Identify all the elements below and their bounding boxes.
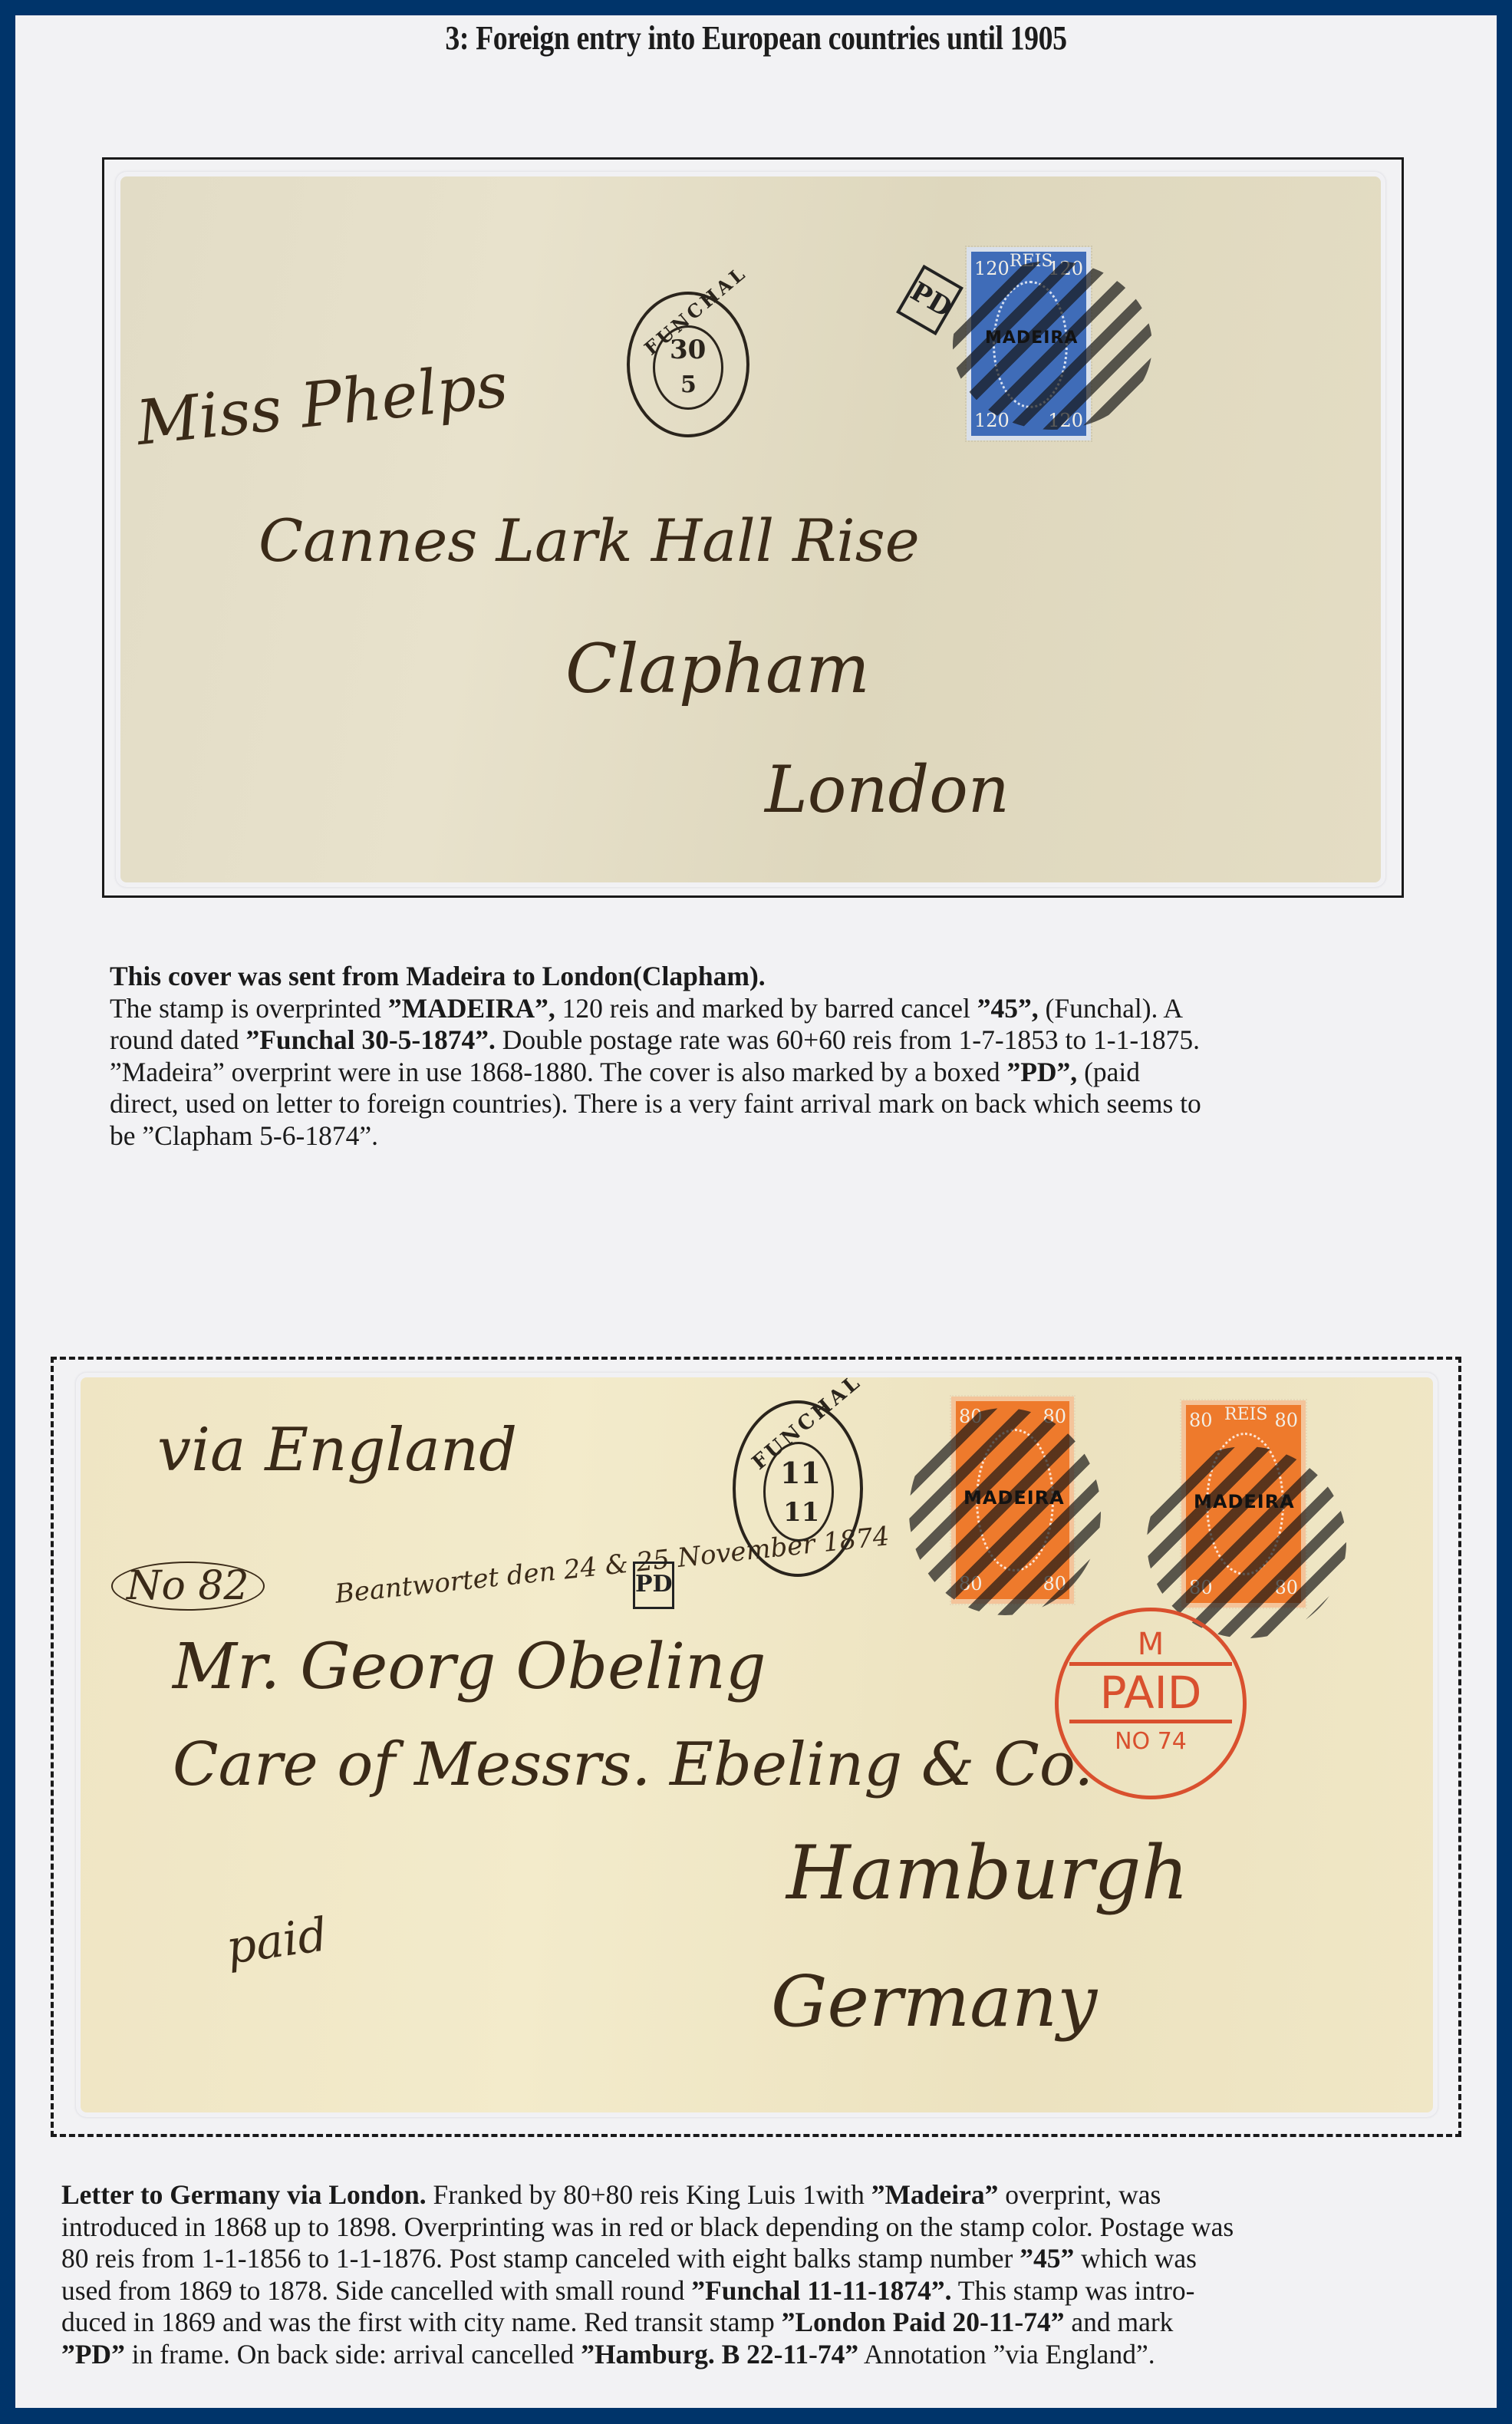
cover1-caption-line: round dated ”Funchal 30-5-1874”. Double … [110,1024,1429,1057]
cover1-caption-body: The stamp is overprinted ”MADEIRA”, 120 … [110,993,1429,1153]
cover2-caption-body: Letter to Germany via London. Franked by… [61,2179,1473,2370]
album-page: 3: Foreign entry into European countries… [15,15,1497,2408]
postmark-month: 11 [783,1497,819,1528]
cover2-caption-line: ”PD” in frame. On back side: arrival can… [61,2339,1473,2371]
cover2-caption-line: 80 reis from 1-1-1856 to 1-1-1876. Post … [61,2243,1473,2275]
cover1-caption-line: direct, used on letter to foreign countr… [110,1088,1429,1120]
stamp-value-tr: 80 [1274,1410,1298,1431]
cover2-number-annotation: No 82 [111,1562,265,1611]
cover2-london-paid-transit-mark: M PAID NO 74 [1055,1608,1247,1799]
cover2-caption-line: Letter to Germany via London. Franked by… [61,2179,1473,2211]
stamp-currency-top: REIS [1224,1405,1267,1424]
cover1-address-line: Cannes Lark Hall Rise [259,506,920,575]
transit-mark-paid: PAID [1069,1662,1232,1723]
cover1-addressee: Miss Phelps [133,349,511,459]
cover1-caption-line: ”Madeira” overprint were in use 1868-188… [110,1057,1429,1089]
cover2-addressee: Mr. Georg Obeling [173,1631,766,1703]
cover2-paid-annotation: paid [223,1908,331,1975]
cover2-funchal-postmark: FUNCHAL 11 11 [733,1400,863,1577]
cover2-caption-line: duced in 1869 and was the first with cit… [61,2307,1473,2339]
cover2-address-country: Germany [771,1961,1097,2043]
cover1-address-town: Clapham [565,629,870,708]
cover2-envelope: via England No 82 Beantwortet den 24 & 2… [81,1377,1433,2112]
cover2-caption-line: introduced in 1868 up to 1898. Overprint… [61,2211,1473,2244]
cover1-barred-cancel-45 [953,261,1152,430]
cover1-address-city: London [765,752,1010,827]
cover2-pd-boxed-mark: PD [633,1562,674,1609]
postmark-day: 30 [670,335,706,365]
cover1-envelope: FUNCHAL 30 5 PD 120 REIS 120 MADEIRA 120… [120,176,1381,882]
postmark-month: 5 [680,371,697,398]
page-title: 3: Foreign entry into European countries… [119,18,1393,58]
cover1-caption-line: be ”Clapham 5-6-1874”. [110,1120,1429,1153]
transit-mark-top: M [1059,1627,1243,1662]
cover2-caption: Letter to Germany via London. Franked by… [61,2179,1473,2370]
stamp-value-tl: 80 [1189,1410,1213,1431]
cover1-caption-line: The stamp is overprinted ”MADEIRA”, 120 … [110,993,1429,1025]
cover1-caption-heading: This cover was sent from Madeira to Lond… [110,961,1429,993]
cover2-barred-cancel-45-left [909,1408,1101,1615]
cover2-address-city: Hamburgh [786,1830,1188,1916]
cover1-caption: This cover was sent from Madeira to Lond… [110,961,1429,1152]
cover1-pd-boxed-mark: PD [896,265,964,335]
cover2-address-care-of: Care of Messrs. Ebeling & Co. [173,1730,1093,1799]
cover2-route-annotation: via England [157,1416,517,1485]
cover1-funchal-postmark: FUNCHAL 30 5 [627,292,749,437]
postmark-day: 11 [780,1456,821,1490]
cover2-barred-cancel-45-right [1147,1446,1346,1638]
transit-mark-date: NO 74 [1059,1728,1243,1755]
cover2-caption-line: used from 1869 to 1878. Side cancelled w… [61,2275,1473,2307]
